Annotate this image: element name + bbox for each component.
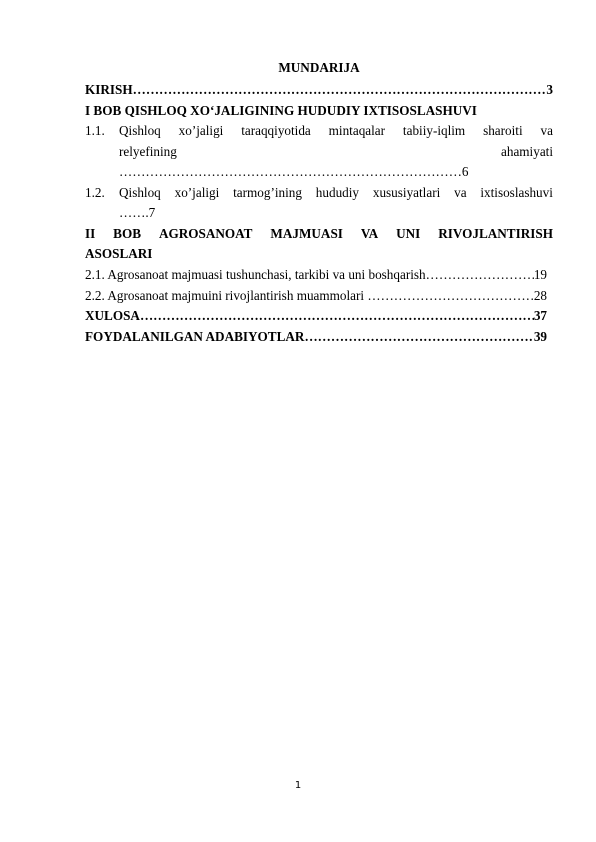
word: sharoiti: [483, 123, 523, 139]
toc-entry-label: 2.2. Agrosanoat majmuini rivojlantirish …: [85, 288, 367, 304]
document-page: MUNDARIJA KIRISH 3 I BOB QISHLOQ XO‘JALI…: [0, 0, 596, 842]
word: mintaqalar: [329, 123, 385, 139]
leader-dots: ……………………………………………………………………: [119, 164, 462, 179]
leader-dots: [304, 329, 533, 345]
leader-dots: [133, 82, 547, 98]
toc-title: MUNDARIJA: [85, 60, 553, 76]
toc-entry-page: 3: [546, 82, 553, 98]
toc-entry-1-1-line1[interactable]: Qishloq xo’jaligi taraqqiyotida mintaqal…: [119, 123, 553, 139]
toc-entry-label: 2.1. Agrosanoat majmuasi tushunchasi, ta…: [85, 267, 426, 283]
leader-dots: [140, 308, 534, 324]
word: tabiiy-iqlim: [403, 123, 465, 139]
toc-entry-2-1[interactable]: 2.1. Agrosanoat majmuasi tushunchasi, ta…: [85, 267, 547, 283]
word: UNI: [396, 226, 420, 242]
toc-entry-page: 39: [534, 329, 547, 345]
word: BOB: [113, 226, 141, 242]
toc-entry-page: 7: [149, 205, 156, 220]
toc-entry-1-1-line3[interactable]: ……………………………………………………………………6: [119, 164, 553, 180]
toc-entry-number: 1.2.: [85, 185, 105, 201]
toc-entry-number: 1.1.: [85, 123, 105, 139]
leader-dots: [367, 288, 533, 304]
toc-entry-1-1-line2[interactable]: relyefining ahamiyati: [119, 144, 553, 160]
word: va: [454, 185, 466, 201]
toc-entry-label: FOYDALANILGAN ADABIYOTLAR: [85, 329, 304, 345]
page-number: 1: [0, 780, 596, 791]
leader-dots: …….: [119, 205, 149, 220]
toc-entry-kirish[interactable]: KIRISH 3: [85, 82, 553, 98]
toc-entry-xulosa[interactable]: XULOSA 37: [85, 308, 547, 324]
toc-entry-page: 19: [534, 267, 547, 283]
word: xo’jaligi: [175, 185, 220, 201]
word: MAJMUASI: [270, 226, 343, 242]
toc-entry-1-2-line2[interactable]: …….7: [119, 205, 553, 221]
word: Qishloq: [119, 123, 161, 139]
word: tarmog’ining: [233, 185, 302, 201]
toc-entry-1-2-line1[interactable]: Qishloq xo’jaligi tarmog’ining hududiy x…: [119, 185, 553, 201]
word: ahamiyati: [501, 144, 553, 160]
toc-chapter-1-heading[interactable]: I BOB QISHLOQ XO‘JALIGINING HUDUDIY IXTI…: [85, 103, 553, 119]
word: RIVOJLANTIRISH: [438, 226, 553, 242]
toc-entry-adabiyotlar[interactable]: FOYDALANILGAN ADABIYOTLAR 39: [85, 329, 547, 345]
word: relyefining: [119, 144, 177, 160]
toc-entry-label: XULOSA: [85, 308, 140, 324]
toc-chapter-2-heading-line1[interactable]: II BOB AGROSANOAT MAJMUASI VA UNI RIVOJL…: [85, 226, 553, 242]
word: AGROSANOAT: [159, 226, 253, 242]
word: Qishloq: [119, 185, 161, 201]
toc-entry-label: KIRISH: [85, 82, 133, 98]
toc-chapter-2-heading-line2[interactable]: ASOSLARI: [85, 246, 553, 262]
word: ixtisoslashuvi: [480, 185, 553, 201]
toc-entry-page: 28: [534, 288, 547, 304]
word: xususiyatlari: [373, 185, 440, 201]
word: II: [85, 226, 95, 242]
word: VA: [361, 226, 378, 242]
word: taraqqiyotida: [241, 123, 311, 139]
toc-entry-page: 6: [462, 164, 469, 179]
word: va: [541, 123, 553, 139]
leader-dots: [426, 267, 534, 283]
word: xo’jaligi: [179, 123, 224, 139]
toc-entry-2-2[interactable]: 2.2. Agrosanoat majmuini rivojlantirish …: [85, 288, 547, 304]
toc-entry-page: 37: [534, 308, 547, 324]
word: hududiy: [316, 185, 359, 201]
